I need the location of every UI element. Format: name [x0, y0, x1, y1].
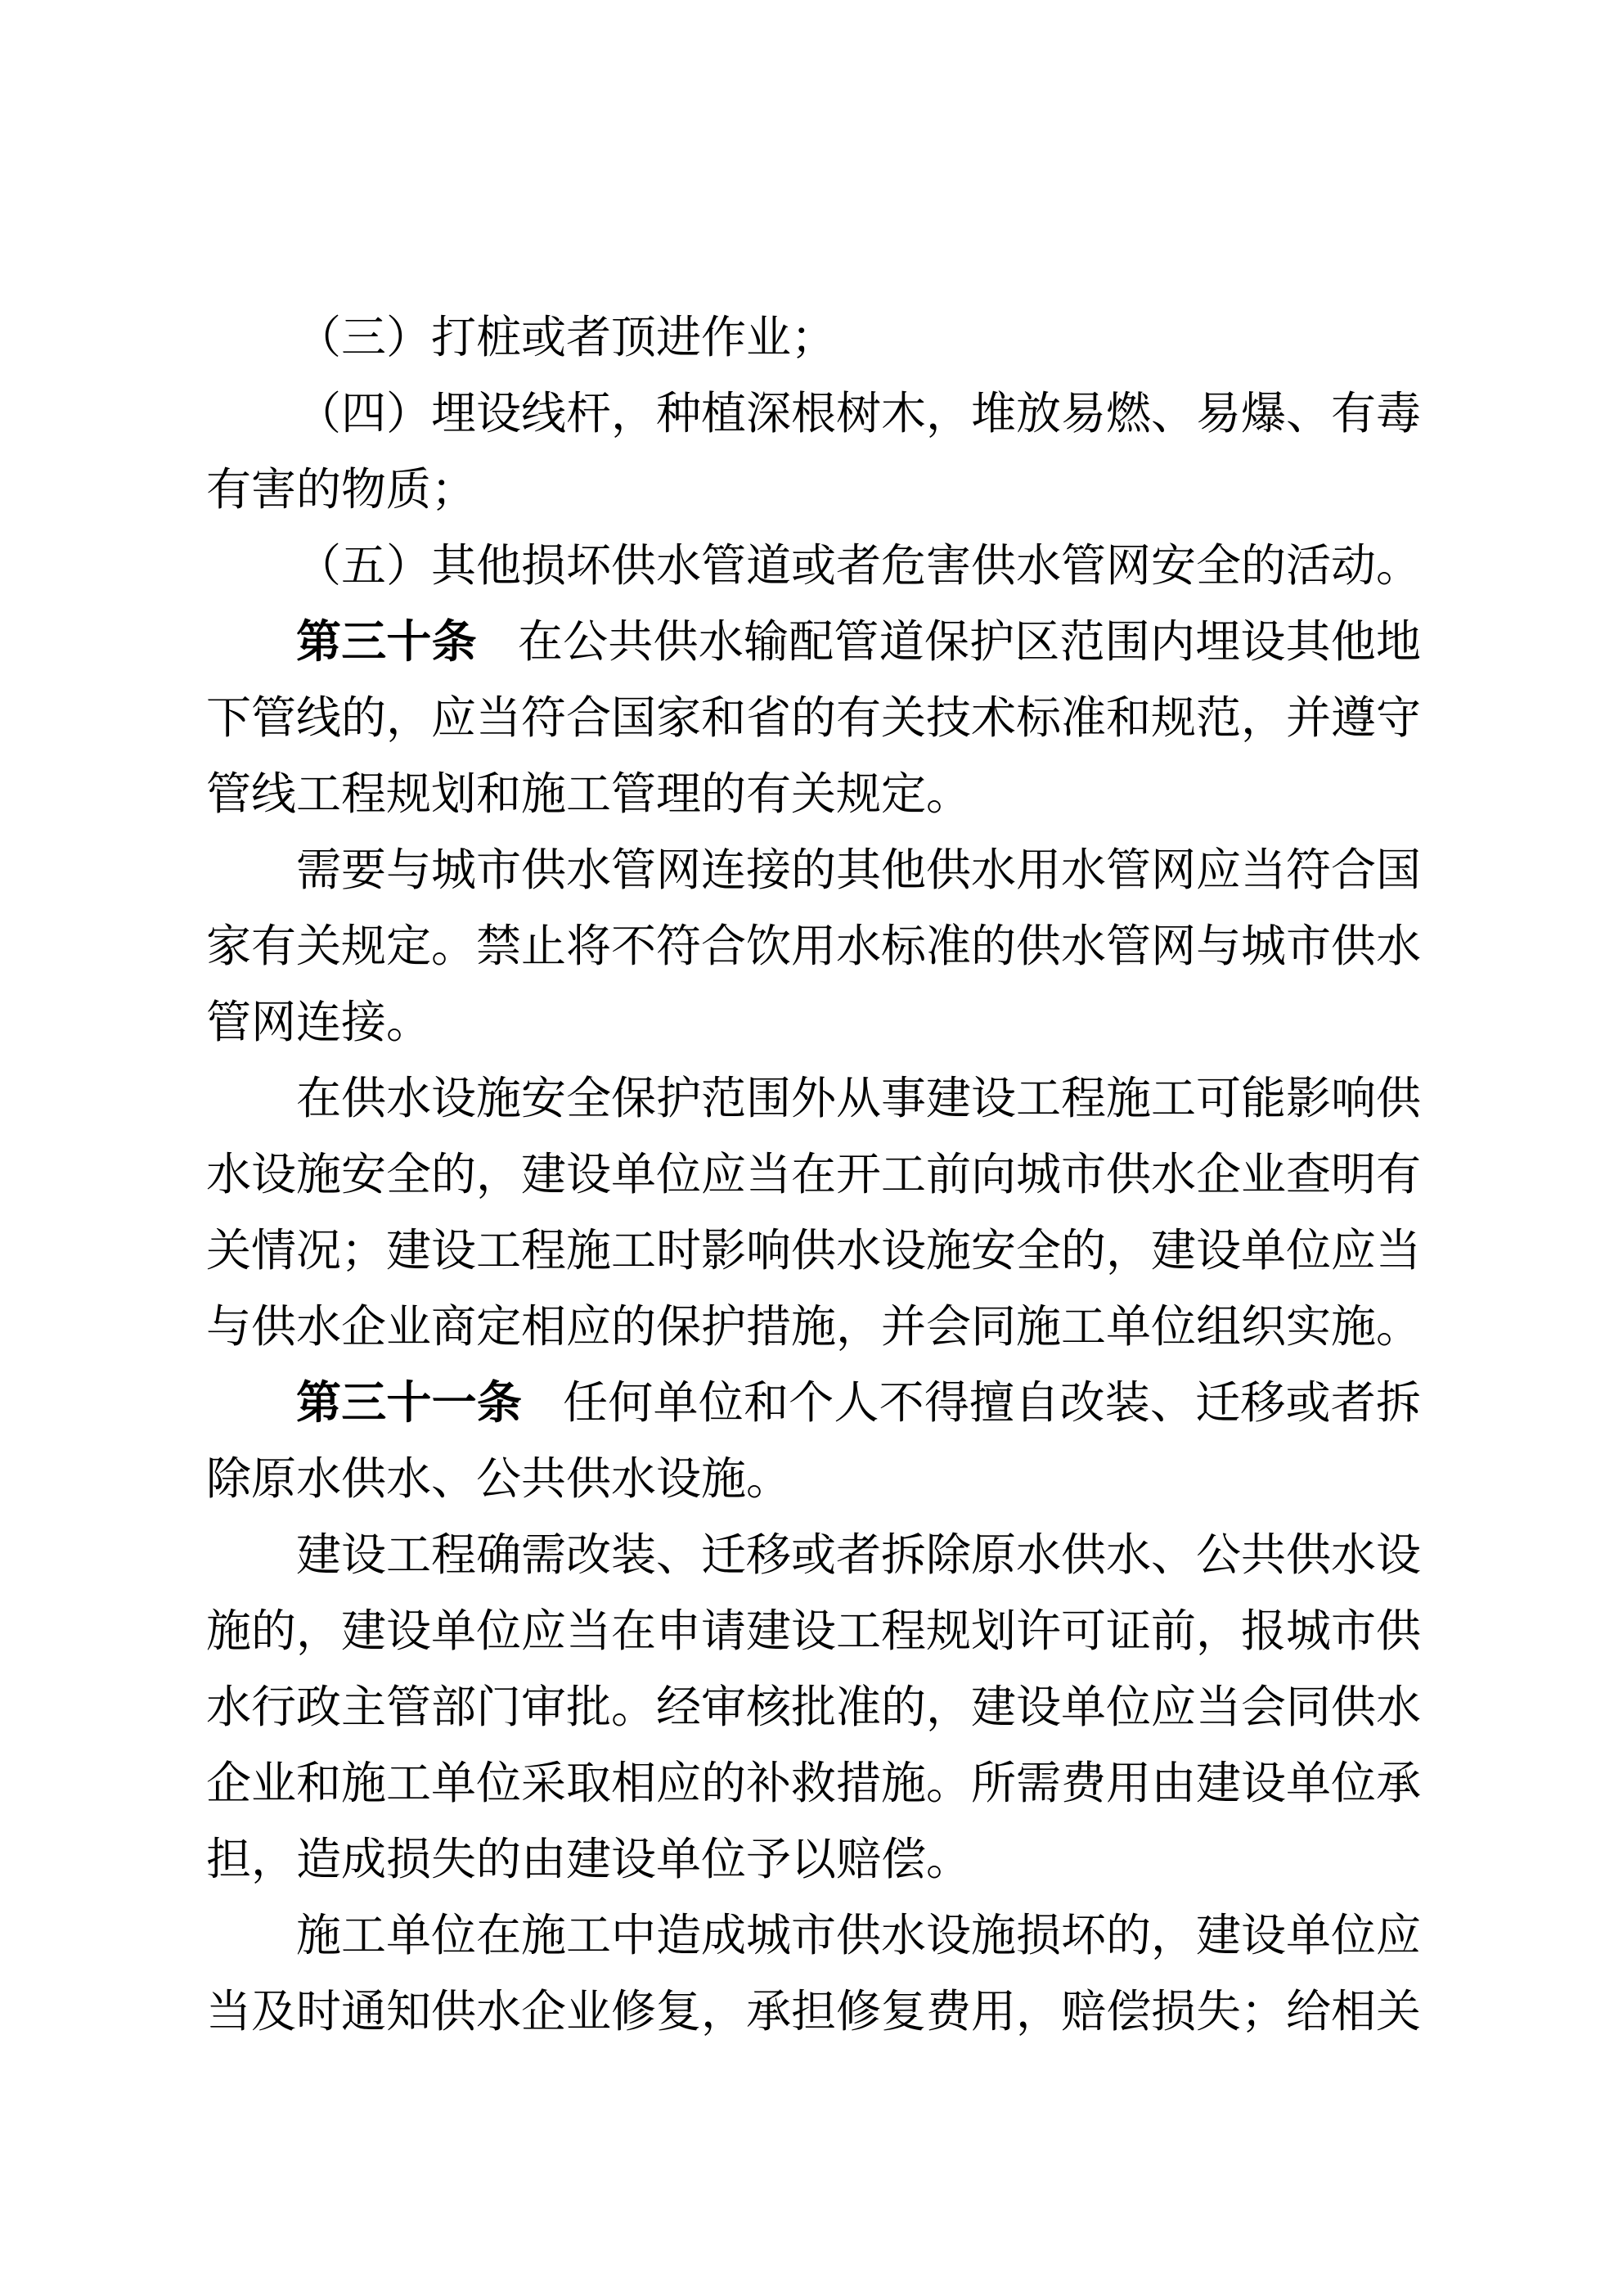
paragraph-clause-4: （四）埋设线杆，种植深根树木，堆放易燃、易爆、有毒有害的物质； [206, 376, 1421, 528]
paragraph-text: （三）打桩或者顶进作业； [296, 313, 836, 362]
paragraph-text: 施工单位在施工中造成城市供水设施损坏的，建设单位应当及时通知供水企业修复，承担修… [206, 1911, 1421, 2037]
paragraph-text: 需要与城市供水管网连接的其他供水用水管网应当符合国家有关规定。禁止将不符合饮用水… [206, 845, 1421, 1047]
paragraph-article-30-clause-3: 在供水设施安全保护范围外从事建设工程施工可能影响供水设施安全的，建设单位应当在开… [206, 1060, 1421, 1365]
paragraph-article-31-clause-2: 建设工程确需改装、迁移或者拆除原水供水、公共供水设施的，建设单位应当在申请建设工… [206, 1517, 1421, 1898]
paragraph-text: （四）埋设线杆，种植深根树木，堆放易燃、易爆、有毒有害的物质； [206, 389, 1421, 515]
paragraph-clause-5: （五）其他损坏供水管道或者危害供水管网安全的活动。 [206, 528, 1421, 604]
article-number: 第三十条 [296, 616, 477, 667]
paragraph-article-30: 第三十条在公共供水输配管道保护区范围内埋设其他地下管线的，应当符合国家和省的有关… [206, 604, 1421, 832]
paragraph-article-30-clause-2: 需要与城市供水管网连接的其他供水用水管网应当符合国家有关规定。禁止将不符合饮用水… [206, 832, 1421, 1060]
paragraph-text: （五）其他损坏供水管道或者危害供水管网安全的活动。 [296, 541, 1421, 591]
article-number: 第三十一条 [296, 1377, 522, 1428]
document-page: （三）打桩或者顶进作业； （四）埋设线杆，种植深根树木，堆放易燃、易爆、有毒有害… [0, 0, 1623, 2296]
paragraph-clause-3: （三）打桩或者顶进作业； [206, 299, 1421, 376]
paragraph-text: 建设工程确需改装、迁移或者拆除原水供水、公共供水设施的，建设单位应当在申请建设工… [206, 1530, 1421, 1884]
paragraph-article-31-clause-3: 施工单位在施工中造成城市供水设施损坏的，建设单位应当及时通知供水企业修复，承担修… [206, 1898, 1421, 2050]
paragraph-article-31: 第三十一条任何单位和个人不得擅自改装、迁移或者拆除原水供水、公共供水设施。 [206, 1365, 1421, 1517]
paragraph-text: 在供水设施安全保护范围外从事建设工程施工可能影响供水设施安全的，建设单位应当在开… [206, 1074, 1421, 1352]
document-body: （三）打桩或者顶进作业； （四）埋设线杆，种植深根树木，堆放易燃、易爆、有毒有害… [206, 299, 1421, 2050]
